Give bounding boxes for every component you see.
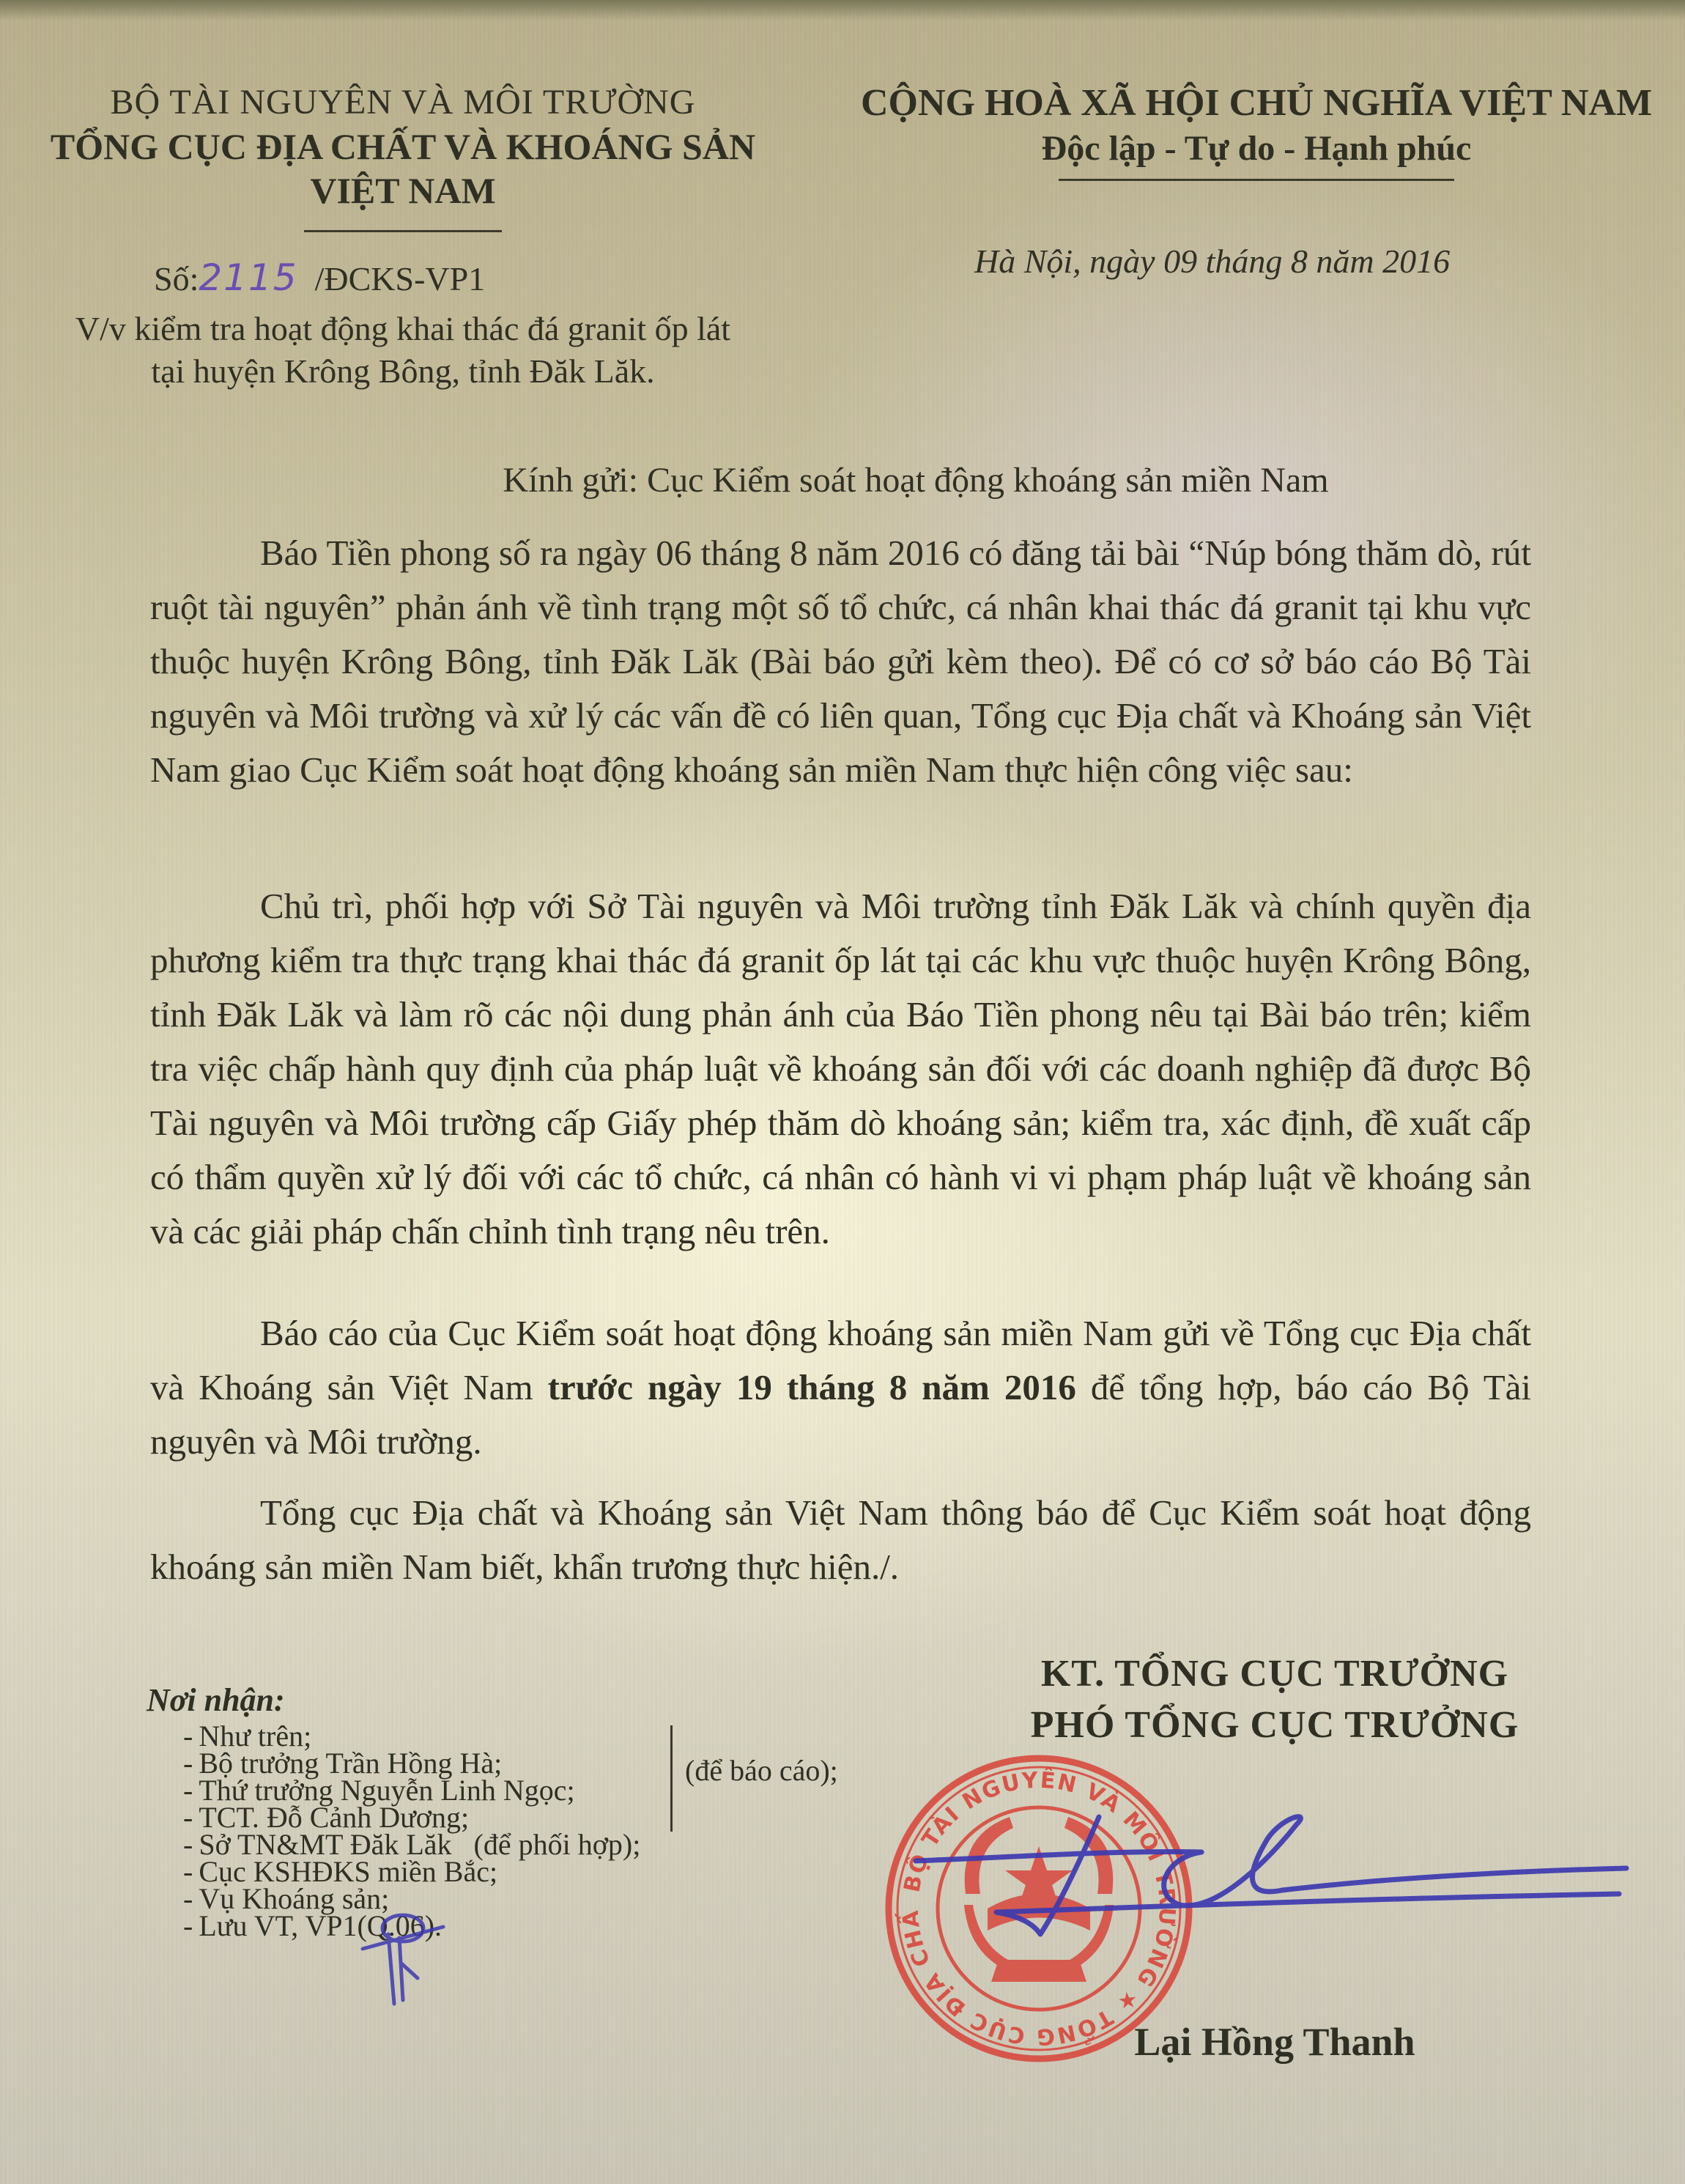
body-paragraph-3: Báo cáo của Cục Kiểm soát hoạt động khoá… bbox=[150, 1306, 1531, 1469]
distribution-item: -Vụ Khoáng sản; bbox=[183, 1885, 916, 1912]
body-paragraph-4: Tổng cục Địa chất và Khoáng sản Việt Nam… bbox=[150, 1486, 1531, 1594]
distribution-item: -Lưu VT, VP1(Q.06). bbox=[183, 1912, 916, 1939]
distribution-item: -Cục KSHĐKS miền Bắc; bbox=[183, 1858, 916, 1885]
signature-title-block: KT. TỔNG CỤC TRƯỞNG PHÓ TỔNG CỤC TRƯỞNG bbox=[938, 1648, 1612, 1751]
distribution-item: -TCT. Đỗ Cảnh Dương; bbox=[183, 1804, 916, 1831]
ministry-name: BỘ TÀI NGUYÊN VÀ MÔI TRƯỜNG bbox=[15, 81, 791, 125]
subject-line-2: tại huyện Krông Bông, tỉnh Đăk Lăk. bbox=[15, 350, 791, 393]
header-divider bbox=[304, 230, 502, 232]
distribution-list: Nơi nhận: -Như trên; -Bộ trưởng Trần Hồn… bbox=[147, 1681, 916, 1939]
country-name: CỘNG HOÀ XÃ HỘI CHỦ NGHĨA VIỆT NAM bbox=[828, 81, 1685, 126]
signature-title-1: KT. TỔNG CỤC TRƯỞNG bbox=[938, 1648, 1612, 1700]
national-motto: Độc lập - Tự do - Hạnh phúc bbox=[828, 126, 1685, 171]
report-note: (để báo cáo); bbox=[685, 1753, 838, 1788]
signer-name: Lại Hồng Thanh bbox=[938, 2019, 1612, 2065]
subject-line: V/v kiểm tra hoạt động khai thác đá gran… bbox=[15, 308, 791, 393]
handwritten-number: 2115 bbox=[199, 256, 297, 299]
recipient-line: Kính gửi: Cục Kiểm soát hoạt động khoáng… bbox=[0, 460, 1685, 500]
agency-name-line2: VIỆT NAM bbox=[15, 169, 791, 212]
coordination-note: (để phối hợp); bbox=[474, 1828, 641, 1861]
national-header: CỘNG HOÀ XÃ HỘI CHỦ NGHĨA VIỆT NAM Độc l… bbox=[828, 81, 1685, 181]
agency-name-line1: TỔNG CỤC ĐỊA CHẤT VÀ KHOÁNG SẢN bbox=[15, 125, 791, 169]
number-label: Số: bbox=[154, 260, 199, 297]
motto-divider bbox=[1059, 179, 1454, 181]
document-number: Số:2115 /ĐCKS-VP1 bbox=[154, 256, 485, 299]
body-paragraph-2: Chủ trì, phối hợp với Sở Tài nguyên và M… bbox=[150, 879, 1531, 1259]
body-paragraph-1: Báo Tiền phong số ra ngày 06 tháng 8 năm… bbox=[150, 526, 1531, 797]
handwritten-signature-icon bbox=[901, 1758, 1634, 1949]
initials-signature-icon bbox=[359, 1905, 447, 2007]
distribution-item: -Sở TN&MT Đăk Lăk (để phối hợp); bbox=[183, 1831, 916, 1858]
number-suffix: /ĐCKS-VP1 bbox=[315, 260, 486, 297]
date-line: Hà Nội, ngày 09 tháng 8 năm 2016 bbox=[974, 242, 1450, 281]
distribution-heading: Nơi nhận: bbox=[147, 1681, 916, 1720]
distribution-item: -Như trên; bbox=[183, 1722, 916, 1750]
deadline-text: trước ngày 19 tháng 8 năm 2016 bbox=[548, 1367, 1076, 1407]
subject-line-1: V/v kiểm tra hoạt động khai thác đá gran… bbox=[15, 308, 791, 350]
signature-title-2: PHÓ TỔNG CỤC TRƯỞNG bbox=[938, 1700, 1612, 1751]
report-group-bracket bbox=[670, 1725, 673, 1832]
issuing-agency-header: BỘ TÀI NGUYÊN VÀ MÔI TRƯỜNG TỔNG CỤC ĐỊA… bbox=[15, 81, 791, 232]
recipient-label: Kính gửi: Cục Kiểm soát hoạt động khoáng… bbox=[503, 461, 1328, 500]
